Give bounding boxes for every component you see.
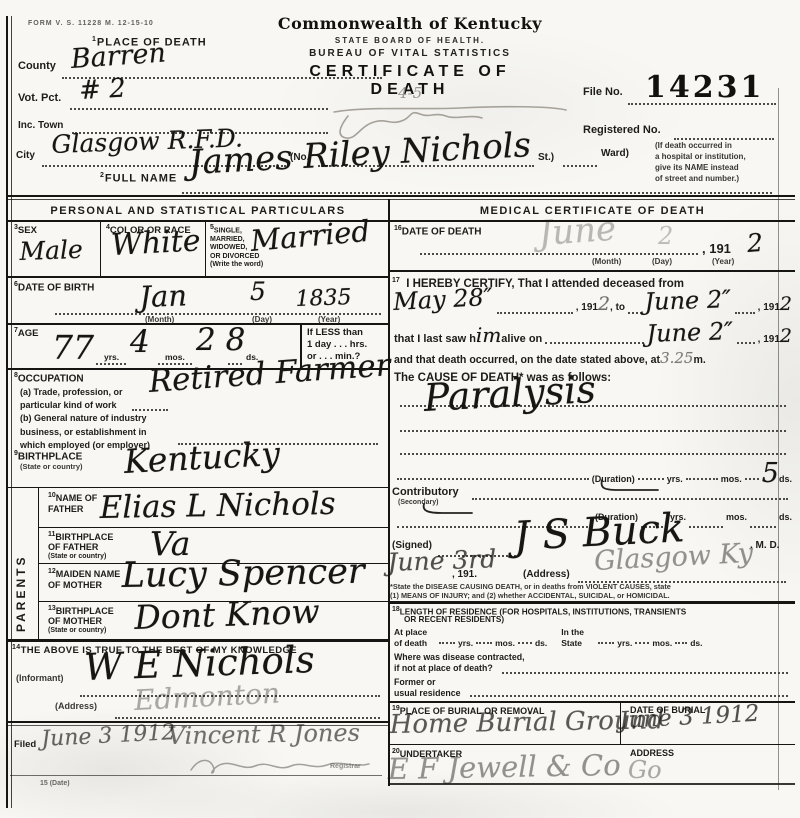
death-certificate: FORM V. S. 11228 M. 12-15-10 1PLACE OF D… [0,0,800,818]
city-label: City [16,150,35,161]
duration-bracket-mark [598,478,662,494]
last-saw-date: June 2″ [646,317,734,348]
cause-rule-3 [400,452,786,455]
dob-label: 6DATE OF BIRTH [14,281,94,293]
rule [545,340,644,344]
age-months: 4 [130,324,150,360]
father-name-value: Elias L Nichols [99,486,336,526]
rule [635,640,649,644]
full-name-rule [182,191,772,194]
rule [686,476,718,480]
rule [675,640,687,644]
rule [439,640,455,644]
rule [497,310,573,314]
cause-rule-2 [400,429,786,432]
cell-divider [205,220,206,276]
md-caption: . M. D. [750,540,779,551]
certify-line3: that I last saw h im alive on June 2″ , … [394,320,792,348]
mother-name-label: 12MAIDEN NAME OF MOTHER [48,567,120,590]
personal-section-title: PERSONAL AND STATISTICAL PARTICULARS [8,205,388,217]
informant-address-value: Edmonton [133,676,280,717]
ds-caption: ds. [690,638,702,648]
rule [628,310,642,314]
race-value: White [110,223,201,263]
to-word: , to [610,302,625,313]
residence-row: At placeof death yrs. mos. ds. In theSta… [394,624,792,648]
rule [397,476,589,480]
rule [735,310,755,314]
year-hw: 2 [780,293,792,315]
rule [689,524,723,528]
contributory-rule [472,497,788,500]
file-no-value: 14231 [645,70,764,105]
cause-of-death-value: Paralysis [423,367,597,420]
m-caption: m. [693,354,705,366]
last-saw-mid: alive on [501,333,542,345]
county-label: County [18,60,56,72]
informant-caption: (Informant) [16,673,64,683]
certify-line2: May 28″ , 191 2 , to June 2″ , 191 2 [394,288,792,318]
filed-date-caption: 15 (Date) [40,780,70,787]
cell-divider [100,220,101,276]
occupation-label: 8OCCUPATION [14,372,84,384]
disease-contracted-rule [502,671,788,674]
rule [38,527,388,528]
rule-thick [390,601,795,604]
bureau-subtitle: BUREAU OF VITAL STATISTICS [268,48,552,59]
year-hw: 2 [598,293,610,315]
sex-label: 3SEX [14,224,37,236]
year-caption: (Year) [712,257,734,266]
form-code: FORM V. S. 11228 M. 12-15-10 [28,20,154,27]
main-divider [8,195,795,197]
signed-date-hw: June 3rd [387,544,497,577]
age-label: 7AGE [14,327,39,339]
occupation-a-label: (a) Trade, profession, or particular kin… [20,386,123,412]
death-occurred-line: and that death occurred, on the date sta… [394,354,660,366]
dob-month: Jan [139,278,188,314]
column-divider [388,199,390,786]
signed-address-caption: (Address) [523,569,570,580]
death-time-hw: 3.25 [660,349,693,367]
mother-name-value: Lucy Spencer [121,552,365,596]
rule-thick [390,783,795,785]
parents-vertical-label: PARENTS [14,500,28,632]
former-residence-rule [470,694,788,697]
at-place-label: At placeof death [394,627,436,648]
hospital-note: (If death occurred in a hospital or inst… [655,140,793,184]
yrs-caption: yrs. [104,352,119,362]
dod-year-hw: 2 [746,228,764,258]
birthplace-value: Kentucky [123,434,281,481]
dob-year: 1835 [295,285,352,312]
st-label: St.) [538,152,554,163]
yrs-caption: yrs. [667,474,683,484]
ward-label: Ward) [601,148,629,159]
mother-birthplace-value: Dont Know [134,592,321,637]
registrar-signature: Vincent R Jones [168,719,361,750]
father-name-label: 10NAME OF FATHER [48,491,97,514]
ds-caption: ds. [535,638,547,648]
duration-days-hw: 5 [762,458,779,489]
undertaker-address-value: Go [628,756,662,784]
ds-caption: ds. [779,474,792,484]
date-of-death-label: 16DATE OF DEATH [394,225,481,237]
sex-value: Male [19,235,83,266]
last-saw-pre: that I last saw h [394,333,476,345]
rule [598,640,614,644]
age-days: 2 8 [196,322,245,358]
age-years: 77 [52,328,94,367]
age-rule [96,362,126,365]
left-border-inner [11,16,12,808]
attended-from-date: May 28″ [393,283,494,316]
birthplace-caption: (State or country) [20,462,83,471]
yrs-caption: yrs. [617,638,632,648]
year-hw: 2 [780,325,792,347]
undertaker-value: E F Jewell & Co [387,748,621,786]
last-saw-him-hw: im [476,323,501,347]
st-rule [563,164,597,167]
disease-contracted-label: Where was disease contracted, if not at … [394,652,525,673]
dob-day: 5 [250,277,266,306]
signed-date-printed: , 191. [452,569,477,580]
mos-caption: mos. [721,474,742,484]
filed-label: Filed [14,739,36,750]
rule [476,640,492,644]
contributory-label: Contributory [392,486,459,498]
month-caption: (Month) [592,257,621,266]
mos-caption: mos. [652,638,672,648]
ds-caption: ds. [779,512,792,522]
year-printed: , 191 [758,302,780,313]
county-value: Barren [70,37,167,75]
left-border-outer [6,16,8,808]
rule [10,775,382,776]
rule [518,640,532,644]
rule [737,340,755,344]
votpct-rule [70,107,328,110]
file-no-label: File No. [583,86,623,98]
rule [745,476,759,480]
rule [750,524,776,528]
attended-to-date: June 2″ [644,285,732,316]
right-border [778,88,779,790]
state-board-subtitle: STATE BOARD OF HEALTH. [268,36,552,45]
registered-no-label: Registered No. [583,124,661,136]
date-of-death-day: 2 [658,222,673,250]
full-name-label: 2FULL NAME [100,172,177,185]
cause-footnote: *State the DISEASE CAUSING DEATH, or in … [390,583,792,601]
mother-birthplace-label: 13BIRTHPLACE OF MOTHER (State or country… [48,604,114,636]
votpct-value: # 2 [78,74,126,106]
yrs-caption: yrs. [458,638,473,648]
year-printed: , 191 [576,302,598,313]
date-of-death-month: June [537,209,617,254]
rule [8,276,388,278]
father-birthplace-label: 11BIRTHPLACE OF FATHER (State or country… [48,530,113,562]
voting-precinct-label: Vot. Pct. [18,92,61,104]
rule [390,744,795,745]
duration-row: (Duration) yrs. mos. 5 ds. [394,458,792,484]
residence-heading-2: OR RECENT RESIDENTS) [404,615,504,624]
informant-address-caption: (Address) [55,701,97,711]
dod-rule [420,252,698,255]
mos-caption: mos. [495,638,515,648]
mos-caption: mos. [165,352,185,362]
birthplace-label: 9BIRTHPLACE [14,450,82,462]
former-residence-label: Former or usual residence [394,677,461,698]
day-caption: (Day) [652,257,672,266]
in-the-state-label: In theState [561,627,595,648]
occ-a-rule [132,408,168,411]
dod-year-printed: , 191 [702,241,731,256]
mos-caption: mos. [726,512,747,522]
year-printed: , 191 [758,334,780,345]
main-divider-2 [8,199,795,200]
commonwealth-title: Commonwealth of Kentucky [268,14,552,33]
rule [390,270,795,272]
